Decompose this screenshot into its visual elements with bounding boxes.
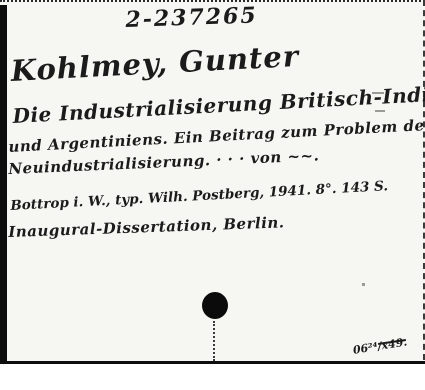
call-number: 2-237265 xyxy=(125,2,258,33)
accession-note: 06²⁴/x49. xyxy=(352,335,408,356)
catalog-card-scan: 2-237265 Kohlmey, Gunter Die Industriali… xyxy=(0,0,425,390)
scan-left-shadow xyxy=(0,5,7,361)
imprint-line: Bottrop i. W., typ. Wilh. Postberg, 1941… xyxy=(10,178,388,214)
stray-mark xyxy=(362,283,365,286)
card-top-edge xyxy=(0,0,425,2)
punch-hole xyxy=(202,292,228,319)
thesis-note: Inaugural-Dissertation, Berlin. xyxy=(8,213,285,241)
catalog-card: 2-237265 Kohlmey, Gunter Die Industriali… xyxy=(0,0,425,362)
punch-slot-line xyxy=(213,321,215,361)
stray-mark xyxy=(372,92,384,94)
stray-mark xyxy=(375,110,385,112)
card-bottom-edge xyxy=(0,361,425,364)
author-heading: Kohlmey, Gunter xyxy=(10,39,300,88)
